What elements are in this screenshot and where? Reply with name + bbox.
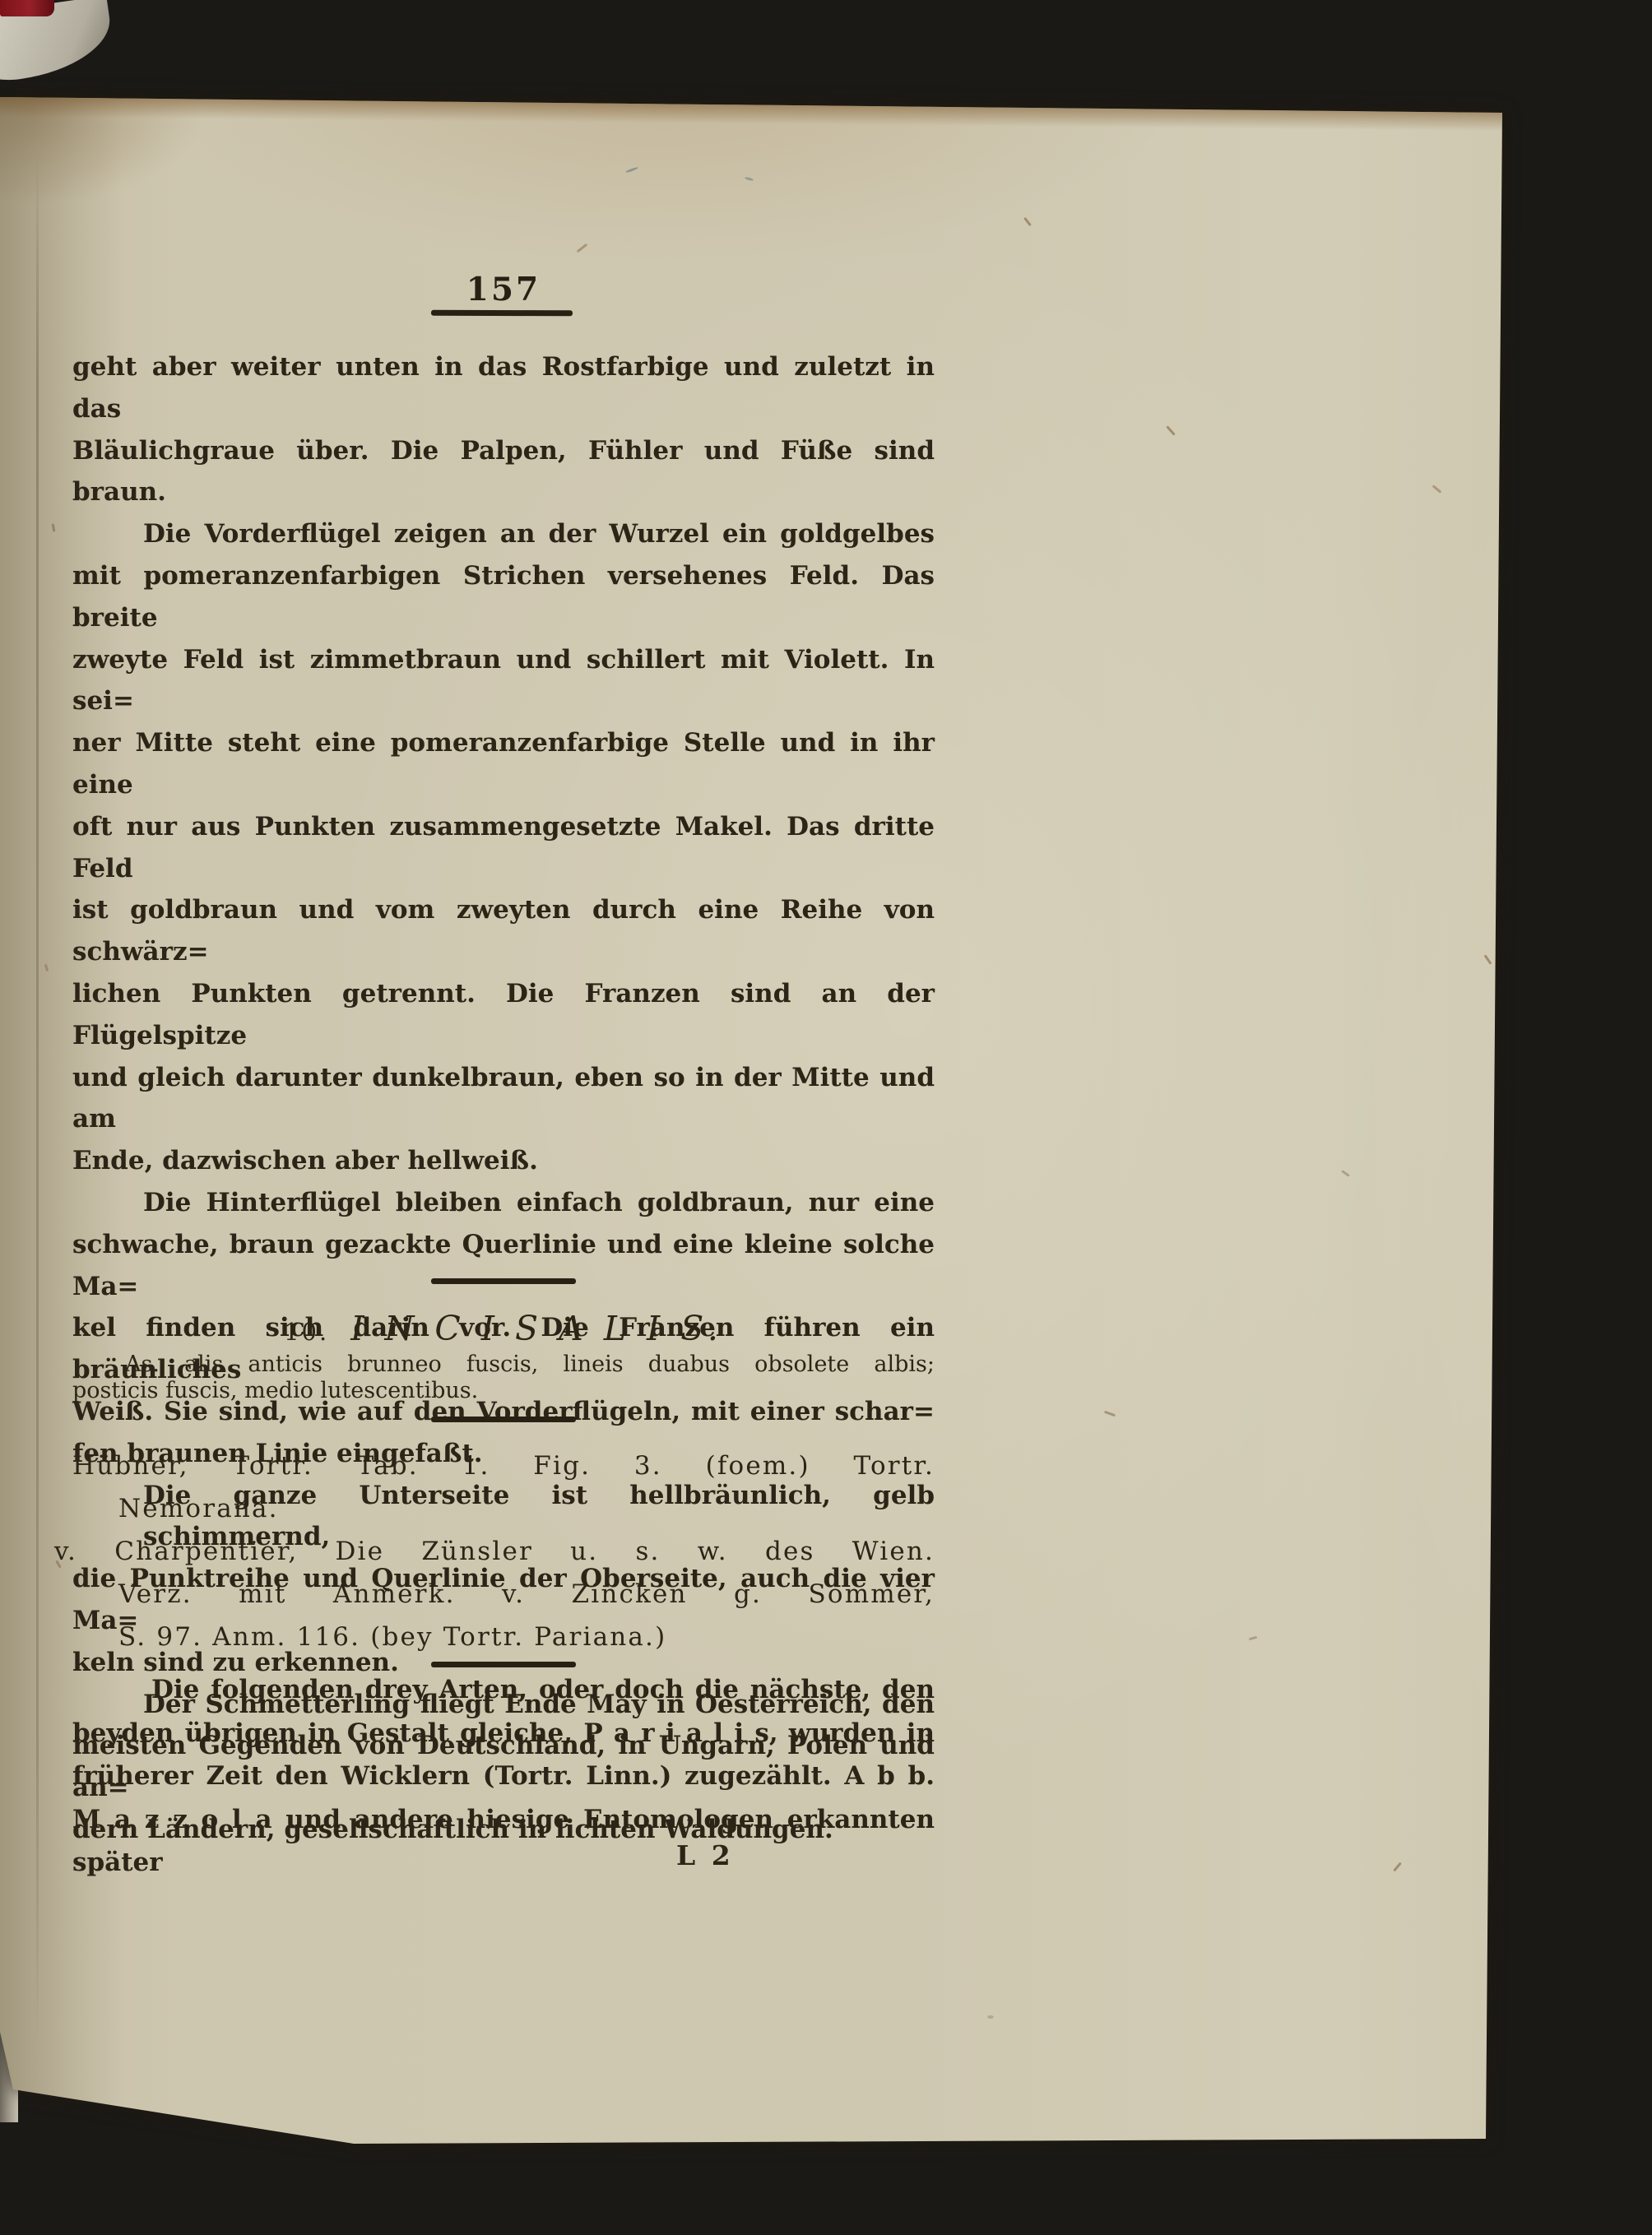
- text-line: M a z z o l a und andere hiesige Entomol…: [72, 1798, 935, 1885]
- paper-speck: [625, 166, 638, 173]
- citation-line: Hübner, Tortr. Tab. 1. Fig. 3. (foem.) T…: [72, 1444, 935, 1487]
- paper-speck: [987, 2015, 994, 2019]
- paper-speck: [1557, 1602, 1562, 1609]
- signature-mark: L 2: [676, 1839, 734, 1871]
- paper-speck: [1432, 485, 1442, 494]
- page-number: 157: [466, 271, 541, 308]
- text-line: Ende, dazwischen aber hellweiß.: [72, 1140, 935, 1182]
- section-divider-2: [431, 1417, 576, 1422]
- closing-paragraph: Die folgenden drey Arten, oder doch die …: [72, 1668, 935, 1885]
- section-title: I N C I S A L I S.: [350, 1309, 723, 1348]
- text-line: beyden übrigen in Gestalt gleiche, P a r…: [72, 1712, 935, 1755]
- page-header: 157: [72, 271, 935, 308]
- paper-speck: [1249, 1636, 1257, 1640]
- scan-background: 157 geht aber weiter unten in das Rostfa…: [0, 0, 1652, 2235]
- text-line: zweyte Feld ist zimmetbraun und schiller…: [72, 639, 935, 723]
- section-number: 10.: [284, 1318, 329, 1346]
- citation-line: S. 97. Anm. 116. (bey Tortr. Pariana.): [72, 1616, 935, 1658]
- species-diagnosis: As. alis anticis brunneo fuscis, lineis …: [72, 1352, 935, 1403]
- species-diagnosis-line: As. alis anticis brunneo fuscis, lineis …: [72, 1352, 935, 1378]
- section-divider-1: [431, 1278, 576, 1284]
- text-line: mit pomeranzenfarbigen Strichen versehen…: [72, 555, 935, 639]
- text-line: Bläulichgraue über. Die Palpen, Fühler u…: [72, 430, 935, 514]
- paper-speck: [1104, 1411, 1116, 1417]
- citation-block: Hübner, Tortr. Tab. 1. Fig. 3. (foem.) T…: [72, 1444, 935, 1658]
- species-diagnosis-line: posticis fuscis, medio lutescentibus.: [72, 1378, 935, 1404]
- citation-line: v. Charpentier, Die Zünsler u. s. w. des…: [54, 1530, 935, 1573]
- paper-speck: [1341, 1170, 1350, 1177]
- text-line: und gleich darunter dunkelbraun, eben so…: [72, 1057, 935, 1141]
- paper-speck: [1544, 684, 1550, 692]
- text-line: oft nur aus Punkten zusammengesetzte Mak…: [72, 806, 935, 890]
- paper-speck: [1166, 425, 1176, 435]
- text-line: Die Hinterflügel bleiben einfach goldbra…: [72, 1182, 935, 1224]
- text-line: Die Vorderflügel zeigen an der Wurzel ei…: [72, 513, 935, 555]
- paper-speck: [1484, 954, 1492, 964]
- section-heading: 10.I N C I S A L I S.: [72, 1309, 935, 1348]
- paper-speck: [1393, 1862, 1402, 1872]
- text-line: geht aber weiter unten in das Rostfarbig…: [72, 346, 935, 430]
- citation-line: Verz. mit Anmerk. v. Zincken g. Sommer,: [72, 1573, 935, 1616]
- text-line: ist goldbraun und vom zweyten durch eine…: [72, 889, 935, 973]
- paper-speck: [745, 177, 754, 182]
- book-page: 157 geht aber weiter unten in das Rostfa…: [0, 0, 1652, 2235]
- text-line: lichen Punkten getrennt. Die Franzen sin…: [72, 973, 935, 1057]
- top-edge-stain: [0, 95, 1652, 132]
- text-line: schwache, braun gezackte Querlinie und e…: [72, 1224, 935, 1308]
- section-divider-3: [431, 1662, 576, 1667]
- text-line: Die folgenden drey Arten, oder doch die …: [72, 1668, 935, 1712]
- paper-speck: [1023, 217, 1032, 226]
- spine-crease: [36, 156, 39, 2040]
- citation-line: Nemorana.: [72, 1487, 935, 1530]
- text-line: früherer Zeit den Wicklern (Tortr. Linn.…: [72, 1755, 935, 1798]
- text-line: ner Mitte steht eine pomeranzenfarbige S…: [72, 722, 935, 806]
- page-number-rule: [431, 310, 573, 317]
- paper-speck: [577, 243, 588, 253]
- book-page-wrap: 157 geht aber weiter unten in das Rostfa…: [0, 0, 1652, 2235]
